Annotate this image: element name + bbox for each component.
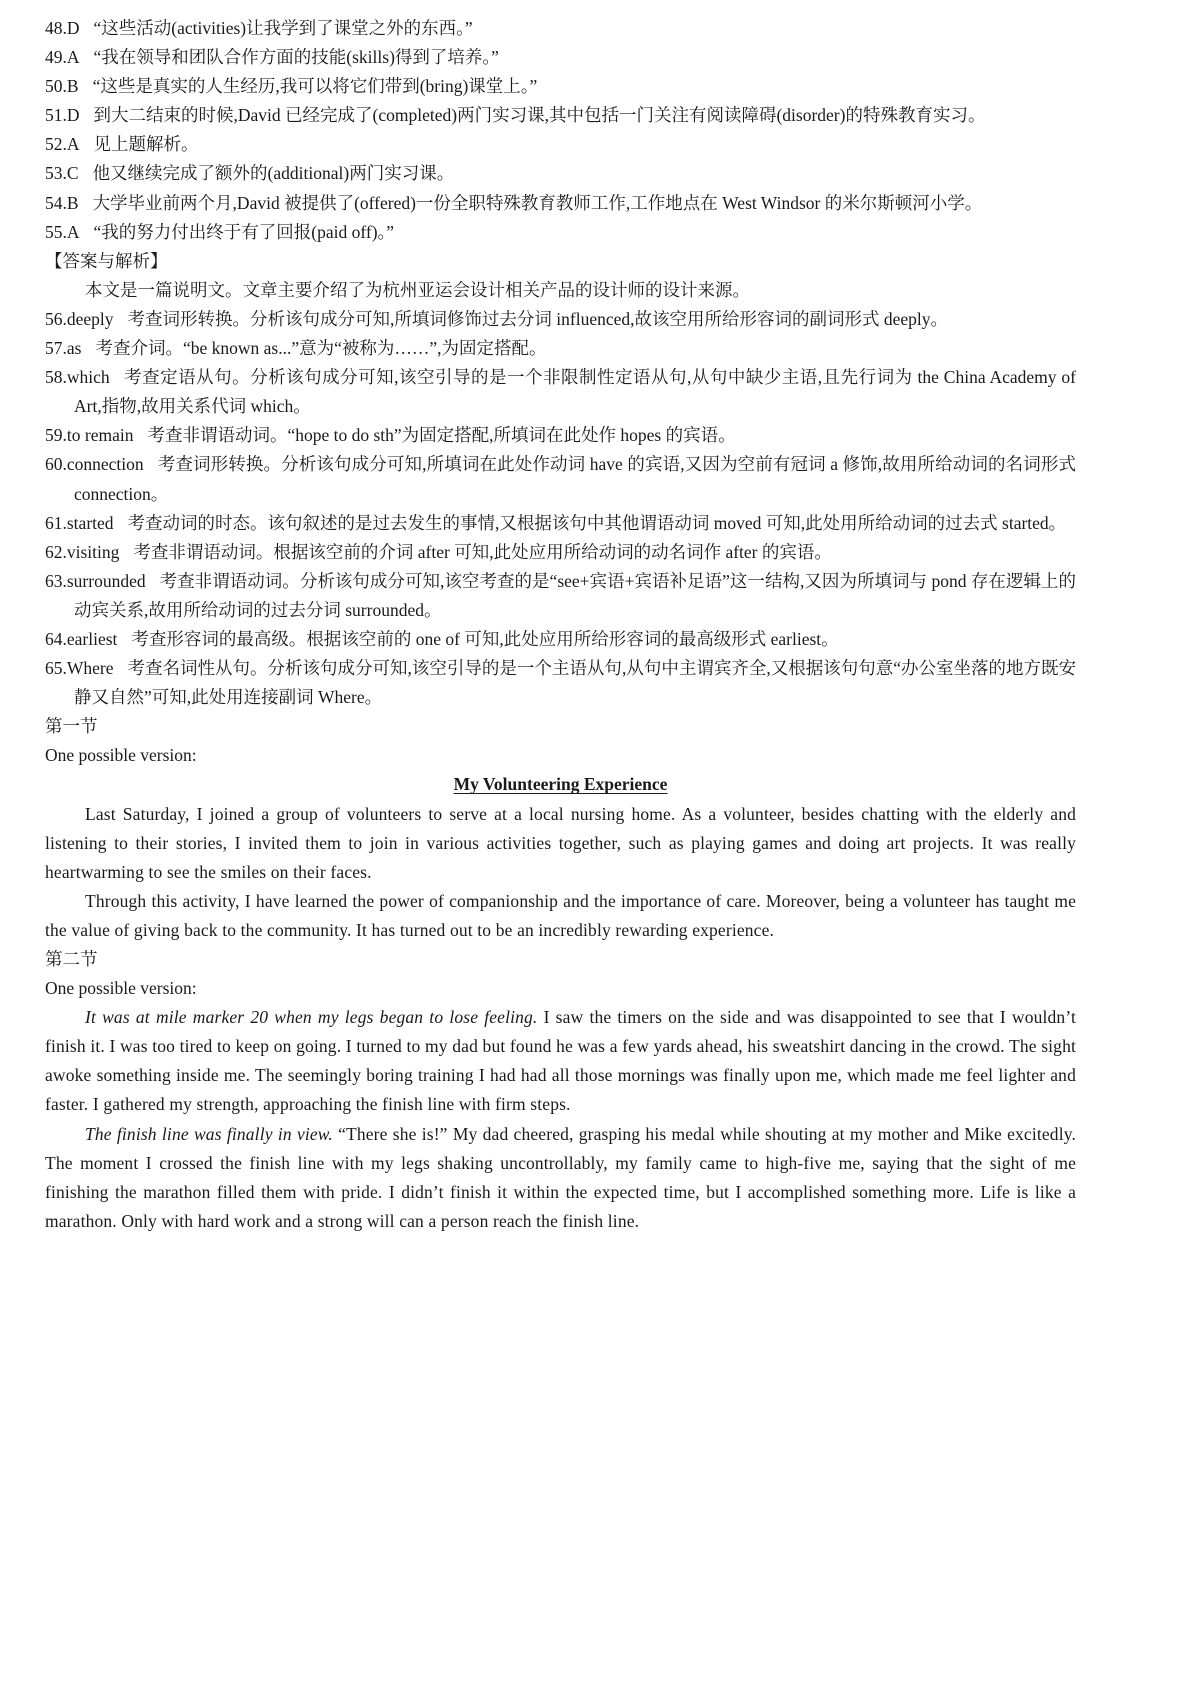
answer-item-60: 60.connection考查词形转换。分析该句成分可知,所填词在此处作动词 h… (45, 450, 1076, 508)
grammar-answers: 56.deeply考查词形转换。分析该句成分可知,所填词修饰过去分词 influ… (45, 305, 1076, 712)
answer-item-58: 58.which考查定语从句。分析该句成分可知,该空引导的是一个非限制性定语从句… (45, 363, 1076, 421)
part2-heading: 第二节 (45, 945, 1076, 974)
answer-item-62: 62.visiting考查非谓语动词。根据该空前的介词 after 可知,此处应… (45, 538, 1076, 567)
answer-item-63: 63.surrounded考查非谓语动词。分析该句成分可知,该空考查的是“see… (45, 567, 1076, 625)
part1-label: One possible version: (45, 741, 1076, 770)
paragraph-lead-sentence: The finish line was finally in view. (85, 1124, 333, 1144)
answer-key-page: 48.D“这些活动(activities)让我学到了课堂之外的东西。” 49.A… (45, 14, 1076, 1236)
answer-item-59: 59.to remain考查非谓语动词。“hope to do sth”为固定搭… (45, 421, 1076, 450)
writing-part-1: 第一节 One possible version: My Volunteerin… (45, 712, 1076, 945)
answer-item-48: 48.D“这些活动(activities)让我学到了课堂之外的东西。” (45, 14, 1076, 43)
answer-item-51: 51.D到大二结束的时候,David 已经完成了(completed)两门实习课… (45, 101, 1076, 130)
answer-item-54: 54.B大学毕业前两个月,David 被提供了(offered)一份全职特殊教育… (45, 189, 1076, 218)
answer-item-61: 61.started考查动词的时态。该句叙述的是过去发生的事情,又根据该句中其他… (45, 509, 1076, 538)
answer-item-64: 64.earliest考查形容词的最高级。根据该空前的 one of 可知,此处… (45, 625, 1076, 654)
part1-heading: 第一节 (45, 712, 1076, 741)
answer-item-56: 56.deeply考查词形转换。分析该句成分可知,所填词修饰过去分词 influ… (45, 305, 1076, 334)
part2-label: One possible version: (45, 974, 1076, 1003)
answer-item-55: 55.A“我的努力付出终于有了回报(paid off)。” (45, 218, 1076, 247)
answer-item-49: 49.A“我在领导和团队合作方面的技能(skills)得到了培养。” (45, 43, 1076, 72)
essay-paragraph-2: Through this activity, I have learned th… (45, 887, 1076, 945)
section-heading: 【答案与解析】 (45, 247, 1076, 276)
passage-summary: 本文是一篇说明文。文章主要介绍了为杭州亚运会设计相关产品的设计师的设计来源。 (45, 276, 1076, 305)
answer-item-53: 53.C他又继续完成了额外的(additional)两门实习课。 (45, 159, 1076, 188)
continuation-paragraph-1: It was at mile marker 20 when my legs be… (45, 1003, 1076, 1119)
paragraph-lead-sentence: It was at mile marker 20 when my legs be… (85, 1007, 537, 1027)
continuation-paragraph-2: The finish line was finally in view. “Th… (45, 1120, 1076, 1236)
answer-item-65: 65.Where考查名词性从句。分析该句成分可知,该空引导的是一个主语从句,从句… (45, 654, 1076, 712)
answer-item-52: 52.A见上题解析。 (45, 130, 1076, 159)
answer-item-50: 50.B“这些是真实的人生经历,我可以将它们带到(bring)课堂上。” (45, 72, 1076, 101)
writing-part-2: 第二节 One possible version: It was at mile… (45, 945, 1076, 1236)
essay-title: My Volunteering Experience (45, 770, 1076, 799)
essay-paragraph-1: Last Saturday, I joined a group of volun… (45, 800, 1076, 887)
answer-item-57: 57.as考查介词。“be known as...”意为“被称为……”,为固定搭… (45, 334, 1076, 363)
cloze-answers: 48.D“这些活动(activities)让我学到了课堂之外的东西。” 49.A… (45, 14, 1076, 247)
